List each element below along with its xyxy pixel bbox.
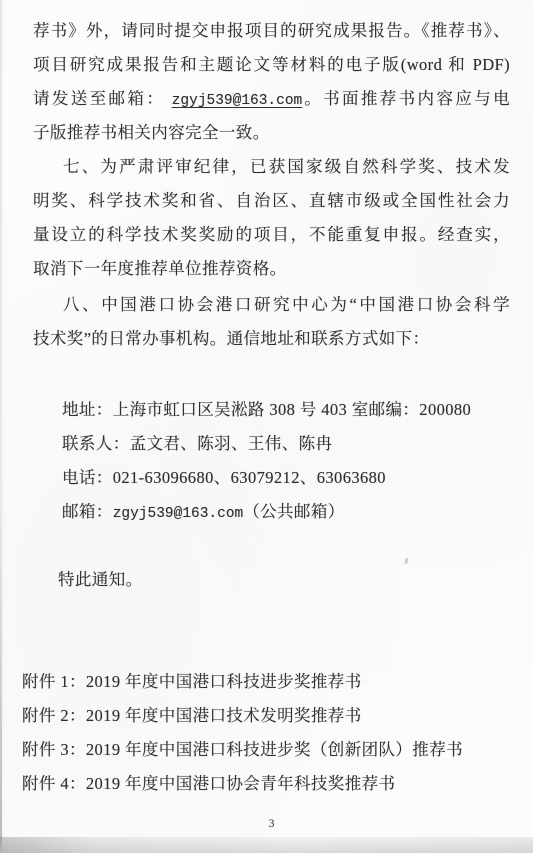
contact-phone-line: 电话：021-63096680、63079212、63063680 (33, 461, 510, 495)
intro-line-3: 请发送至邮箱： zgyj539@163.com。书面推荐书内容应与电 (33, 82, 510, 116)
closing-statement: 特此通知。 (33, 563, 510, 597)
contact-email-address: zgyj539@163.com (113, 506, 244, 522)
paragraph-article-eight: 八、中国港口协会港口研究中心为“中国港口协会科学 技术奖”的日常办事机构。通信地… (33, 288, 510, 356)
attachments-list: 附件 1：2019 年度中国港口科技进步奖推荐书 附件 2：2019 年度中国港… (33, 665, 510, 801)
intro-line-3-text-after: 。书面推荐书内容应与电 (302, 89, 510, 108)
article-seven-line-2: 明奖、科学技术奖和省、自治区、直辖市级或全国性社会力 (33, 184, 510, 218)
scanned-document-page: 荐书》外，请同时提交申报项目的研究成果报告。《推荐书》、 项目研究成果报告和主题… (0, 0, 533, 853)
contact-email-label: 邮箱： (62, 502, 113, 521)
article-seven-line-3: 量设立的科学技术奖奖励的项目，不能重复申报。经查实， (33, 218, 510, 252)
article-seven-line-1: 七、为严肃评审纪律，已获国家级自然科学奖、技术发 (33, 150, 510, 184)
attachment-item-2: 附件 2：2019 年度中国港口技术发明奖推荐书 (22, 699, 510, 733)
intro-line-2: 项目研究成果报告和主题论文等材料的电子版(word 和 PDF) (33, 48, 510, 82)
intro-line-4: 子版推荐书相关内容完全一致。 (33, 116, 510, 150)
paragraph-intro: 荐书》外，请同时提交申报项目的研究成果报告。《推荐书》、 项目研究成果报告和主题… (33, 14, 510, 150)
contact-email-line: 邮箱：zgyj539@163.com（公共邮箱） (33, 495, 510, 529)
contact-persons-line: 联系人：孟文君、陈羽、王伟、陈冉 (33, 427, 510, 461)
intro-line-1: 荐书》外，请同时提交申报项目的研究成果报告。《推荐书》、 (33, 14, 510, 48)
scan-bottom-shadow (0, 837, 533, 853)
attachment-item-4: 附件 4：2019 年度中国港口协会青年科技奖推荐书 (22, 767, 510, 801)
page-number: 3 (33, 813, 510, 833)
scan-left-edge (0, 0, 2, 853)
article-eight-line-2: 技术奖”的日常办事机构。通信地址和联系方式如下： (33, 322, 510, 356)
attachment-item-3: 附件 3：2019 年度中国港口科技进步奖（创新团队）推荐书 (22, 733, 510, 767)
contact-email-suffix: （公共邮箱） (243, 502, 344, 521)
contact-address-line: 地址：上海市虹口区吴淞路 308 号 403 室邮编：200080 (33, 393, 510, 427)
article-eight-line-1: 八、中国港口协会港口研究中心为“中国港口协会科学 (33, 288, 510, 322)
attachment-item-1: 附件 1：2019 年度中国港口科技进步奖推荐书 (22, 665, 510, 699)
paragraph-article-seven: 七、为严肃评审纪律，已获国家级自然科学奖、技术发 明奖、科学技术奖和省、自治区、… (33, 150, 510, 286)
contact-info-block: 地址：上海市虹口区吴淞路 308 号 403 室邮编：200080 联系人：孟文… (33, 393, 510, 529)
intro-line-3-text-before: 请发送至邮箱： (33, 89, 172, 108)
submission-email-address: zgyj539@163.com (172, 93, 303, 109)
article-seven-line-4: 取消下一年度推荐单位推荐资格。 (33, 252, 510, 286)
